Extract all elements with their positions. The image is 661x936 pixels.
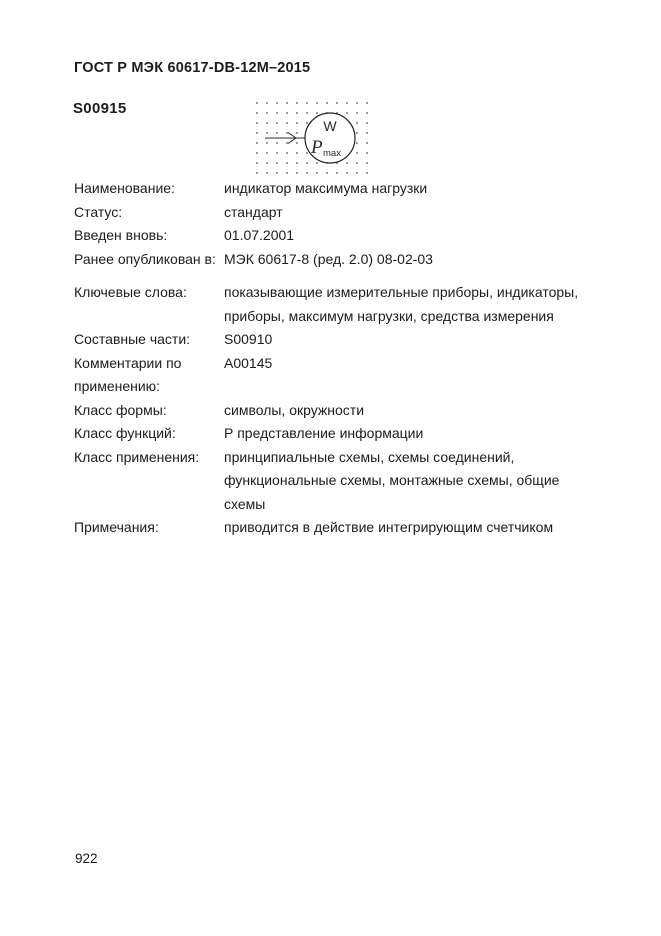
field-value: принципиальные схемы, схемы соединений, … bbox=[224, 446, 584, 517]
value-line: A00145 bbox=[224, 352, 584, 376]
field-label: Ключевые слова: bbox=[74, 281, 224, 305]
value-line: приводится в действие интегрирующим счет… bbox=[224, 516, 584, 540]
value-line: Р представление информации bbox=[224, 422, 584, 446]
field-label: Комментарии по применению: bbox=[74, 352, 224, 399]
attributes-list: Наименование: индикатор максимума нагруз… bbox=[74, 177, 594, 540]
field-row-application-comments: Комментарии по применению: A00145 bbox=[74, 352, 594, 399]
symbol-unit-letter: W bbox=[323, 118, 337, 134]
field-row-status: Статус: стандарт bbox=[74, 201, 594, 225]
value-line: символы, окружности bbox=[224, 399, 584, 423]
field-label: Составные части: bbox=[74, 328, 224, 352]
document-page: ГОСТ Р МЭК 60617-DB-12M–2015 S00915 W P … bbox=[0, 0, 661, 936]
field-label: Статус: bbox=[74, 201, 224, 225]
field-value: A00145 bbox=[224, 352, 584, 376]
field-value: S00910 bbox=[224, 328, 584, 352]
value-line: 01.07.2001 bbox=[224, 224, 584, 248]
field-label: Примечания: bbox=[74, 516, 224, 540]
value-line: приборы, максимум нагрузки, средства изм… bbox=[224, 305, 584, 329]
symbol-id: S00915 bbox=[73, 100, 127, 117]
field-row-application-class: Класс применения: принципиальные схемы, … bbox=[74, 446, 594, 517]
field-value: стандарт bbox=[224, 201, 584, 225]
field-value: МЭК 60617-8 (ред. 2.0) 08-02-03 bbox=[224, 248, 584, 272]
value-line: стандарт bbox=[224, 201, 584, 225]
field-value: индикатор максимума нагрузки bbox=[224, 177, 584, 201]
field-row-shape-class: Класс формы: символы, окружности bbox=[74, 399, 594, 423]
value-line: индикатор максимума нагрузки bbox=[224, 177, 584, 201]
field-row-notes: Примечания: приводится в действие интегр… bbox=[74, 516, 594, 540]
value-line: МЭК 60617-8 (ред. 2.0) 08-02-03 bbox=[224, 248, 584, 272]
field-row-name: Наименование: индикатор максимума нагруз… bbox=[74, 177, 594, 201]
field-row-previously-published: Ранее опубликован в: МЭК 60617-8 (ред. 2… bbox=[74, 248, 594, 272]
symbol-quantity-subscript: max bbox=[323, 148, 341, 159]
field-row-keywords: Ключевые слова: показывающие измерительн… bbox=[74, 281, 594, 328]
field-value: 01.07.2001 bbox=[224, 224, 584, 248]
field-label: Класс функций: bbox=[74, 422, 224, 446]
field-label: Введен вновь: bbox=[74, 224, 224, 248]
field-value: приводится в действие интегрирующим счет… bbox=[224, 516, 584, 540]
field-label: Ранее опубликован в: bbox=[74, 248, 224, 272]
value-line: показывающие измерительные приборы, инди… bbox=[224, 281, 584, 305]
document-title: ГОСТ Р МЭК 60617-DB-12M–2015 bbox=[74, 60, 310, 76]
page-number: 922 bbox=[75, 851, 98, 866]
field-label: Наименование: bbox=[74, 177, 224, 201]
field-row-function-class: Класс функций: Р представление информаци… bbox=[74, 422, 594, 446]
symbol-quantity-letter: P bbox=[310, 137, 323, 158]
field-value: показывающие измерительные приборы, инди… bbox=[224, 281, 584, 328]
value-line: схемы bbox=[224, 493, 584, 517]
load-indicator-symbol-icon: W P max bbox=[255, 99, 371, 175]
field-label: Класс применения: bbox=[74, 446, 224, 470]
field-value: Р представление информации bbox=[224, 422, 584, 446]
field-row-components: Составные части: S00910 bbox=[74, 328, 594, 352]
value-line: функциональные схемы, монтажные схемы, о… bbox=[224, 469, 584, 493]
value-line: принципиальные схемы, схемы соединений, bbox=[224, 446, 584, 470]
symbol-figure: W P max bbox=[255, 99, 371, 175]
field-row-introduced: Введен вновь: 01.07.2001 bbox=[74, 224, 594, 248]
value-line: S00910 bbox=[224, 328, 584, 352]
field-value: символы, окружности bbox=[224, 399, 584, 423]
field-label: Класс формы: bbox=[74, 399, 224, 423]
